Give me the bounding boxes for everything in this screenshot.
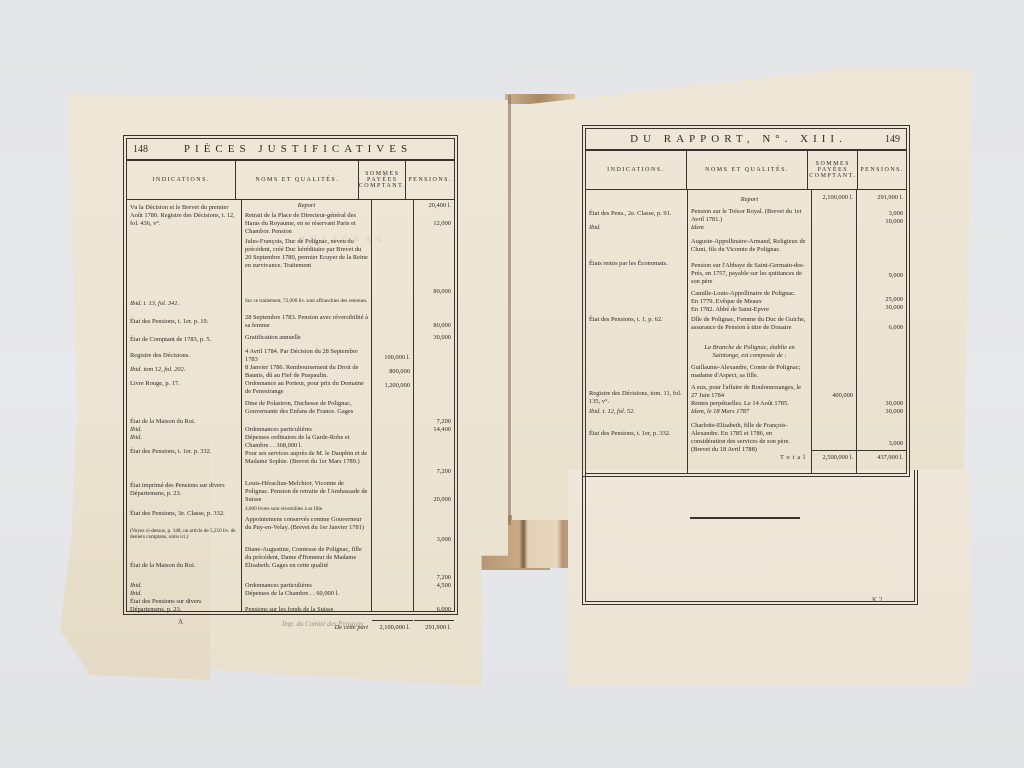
table-cell: La Branche de Polignac, établie en Saint…	[691, 344, 808, 360]
table-cell: 80,000	[417, 322, 451, 330]
table-cell: Ibid. t. 13, fol. 341.	[130, 300, 238, 308]
table-cell: 8 Janvier 1786. Remboursement du Droit d…	[245, 364, 368, 380]
table-cell: Diane-Augustine, Comtesse de Polignac, f…	[245, 546, 368, 570]
paid-column: 2,100,000 l. 400,000 2,500,000 l.	[812, 190, 857, 474]
table-cell: État des Pensions, t. 1, p. 62.	[589, 316, 684, 324]
table-cell: 2,100,000 l.	[815, 194, 853, 202]
total-label: Total	[691, 454, 808, 462]
col-header-names: Noms et qualités.	[687, 151, 808, 189]
table-cell: 28 Septembre 1783. Pension avec réversib…	[245, 314, 368, 330]
table-body: État des Pens., 2e. Classe, p. 91. Ibid.…	[586, 190, 906, 474]
table-cell: 3,000	[860, 440, 903, 448]
column-headers: Indications. Noms et qualités. Sommes pa…	[127, 161, 454, 200]
table-cell: Ibid.	[130, 590, 238, 598]
table-cell: États remis par les Économats.	[589, 260, 684, 268]
table-cell: En 1779. Evêque de Meaux	[691, 298, 808, 306]
table-cell: Ibid.	[130, 434, 238, 442]
table-cell: Dlle de Polignac, Femme du Duc de Guiche…	[691, 316, 808, 332]
table-cell: Ibid. tom 12, fol. 202.	[130, 366, 238, 374]
right-table-frame-extension	[582, 470, 918, 605]
table-cell: 25,000	[860, 296, 903, 304]
table-cell: État des Pensions sur divers Départemens…	[130, 598, 238, 614]
table-cell: Ibid.	[589, 224, 684, 232]
table-cell: Vu la Décision et le Brevet du premier A…	[130, 204, 238, 228]
col-header-indications: Indications.	[127, 161, 236, 199]
right-running-head: DU RAPPORT, N°. XIII. 149	[586, 129, 906, 151]
table-cell: 800,000	[375, 368, 410, 376]
table-cell: 6,000	[417, 606, 451, 614]
table-cell: 7,200	[417, 574, 451, 582]
table-cell: Dépenses ordinaires de la Garde-Robe et …	[245, 434, 368, 450]
table-cell: 7,200	[417, 468, 451, 476]
table-cell: Dépenses de la Chambre . . 60,000 l.	[245, 590, 368, 598]
table-cell: Pensions sur les fonds de la Suisse	[245, 606, 368, 614]
names-column: Report Pension sur le Trésor Royal. (Bre…	[688, 190, 812, 474]
table-cell: A eux, pour l'affaire de Boulonnoranges,…	[691, 384, 808, 400]
signature-mark: K 2	[872, 596, 882, 604]
total-rule	[857, 450, 906, 451]
table-cell: 10,000	[860, 218, 903, 226]
col-header-paid: Sommes payées comptant.	[359, 161, 406, 199]
pensions-column: 20,400 l. 12,000 80,000 80,000 30,000 7,…	[414, 200, 454, 612]
table-cell: Report	[245, 202, 368, 210]
table-cell: Retrait de la Place de Directeur-général…	[245, 212, 368, 236]
signature-mark: A	[178, 618, 183, 626]
table-cell: Ordonnances particulières	[245, 582, 368, 590]
running-head-title: PIÈCES JUSTIFICATIVES	[148, 143, 448, 155]
table-cell: 6,000	[860, 324, 903, 332]
table-cell: Livre Rouge, p. 17.	[130, 380, 238, 388]
table-cell: 14,400	[417, 426, 451, 434]
table-cell: 4 Avril 1784. Par Décision du 28 Septemb…	[245, 348, 368, 364]
table-cell: Pension sur le Trésor Royal. (Brevet du …	[691, 208, 808, 224]
table-cell: Report	[691, 196, 808, 204]
subtotal-paid: 2,100,000 l.	[375, 624, 410, 632]
table-cell: 4,000 livres sont réversibles à sa fille…	[245, 506, 368, 512]
page-number: 148	[133, 144, 148, 155]
table-cell: État des Pensions, t. 1er, p. 332.	[589, 430, 684, 438]
col-header-paid: Sommes payées comptant.	[808, 151, 858, 189]
table-cell: En 1782. Abbé de Saint-Epvre	[691, 306, 808, 314]
col-header-pensions: Pensions.	[858, 151, 906, 189]
gutter	[508, 95, 511, 525]
paid-column: 100,000 l. 800,000 1,200,000 2,100,000 l…	[372, 200, 414, 612]
table-cell: Charlotte-Elisabeth, fille de François-A…	[691, 422, 808, 454]
table-cell: État des Pensions, t. 1er. p. 332.	[130, 448, 238, 456]
table-cell: Idem	[691, 224, 808, 232]
table-cell: 30,000	[860, 400, 903, 408]
table-cell: Ordonnance au Porteur, pour prix du Doma…	[245, 380, 368, 396]
total-pension: 437,900 l.	[860, 454, 903, 462]
col-header-indications: Indications.	[586, 151, 687, 189]
total-paid: 2,500,000 l.	[815, 454, 853, 462]
right-table: DU RAPPORT, N°. XIII. 149 Indications. N…	[582, 125, 910, 477]
table-cell: Gratification annuelle	[245, 334, 368, 342]
table-cell: État de Comptant de 1783, p. 5.	[130, 336, 238, 344]
table-cell: 4,500	[417, 582, 451, 590]
column-headers: Indications. Noms et qualités. Sommes pa…	[586, 151, 906, 190]
table-cell: Dme de Polastron, Duchesse de Polignac, …	[245, 400, 368, 416]
subtotal-rule	[372, 620, 413, 621]
table-cell: Pension sur l'Abbaye de Saint-Germain-de…	[691, 262, 808, 286]
imprint-note: Imp. du Comité des Pensions	[282, 620, 363, 628]
table-cell: Rentes perpétuelles. Le 14 Août 1785.	[691, 400, 808, 408]
table-cell: 3,000	[417, 536, 451, 544]
table-cell: Pour ses services auprès de M. le Dauphi…	[245, 450, 368, 466]
names-column: Report Retrait de la Place de Directeur-…	[242, 200, 372, 612]
table-cell: 30,000	[860, 408, 903, 416]
table-cell: Registre des Décisions, tom. 11, fol. 13…	[589, 390, 684, 406]
table-cell: Appointemens conservés comme Gouverneur …	[245, 516, 368, 532]
table-cell: 291,900 l.	[860, 194, 903, 202]
pensions-column: 291,900 l. 3,000 10,000 9,000 25,000 30,…	[857, 190, 906, 474]
table-cell: Ibid.	[130, 426, 238, 434]
indications-column: Vu la Décision et le Brevet du premier A…	[127, 200, 242, 612]
table-cell: Sur ce traitement, 72,000 liv. sont affr…	[245, 298, 368, 304]
left-table: 148 PIÈCES JUSTIFICATIVES Indications. N…	[123, 135, 458, 615]
table-cell: Jules-François, Duc de Polignac, neveu d…	[245, 238, 368, 270]
end-rule	[690, 517, 800, 519]
col-header-names: Noms et qualités.	[236, 161, 359, 199]
table-cell: Guillaume-Alexandre, Comte de Polignac; …	[691, 364, 808, 380]
table-cell: Ibid.	[130, 582, 238, 590]
table-cell: Idem, le 18 Mars 1787	[691, 408, 808, 416]
table-cell: Camille-Louis-Appollinaire de Polignac.	[691, 290, 808, 298]
table-cell: 12,000	[417, 220, 451, 228]
table-cell: 9,000	[860, 272, 903, 280]
total-rule	[812, 450, 856, 451]
table-cell: État des Pens., 2e. Classe, p. 91.	[589, 210, 684, 218]
table-cell: 30,000	[860, 304, 903, 312]
table-cell: 100,000 l.	[375, 354, 410, 362]
left-running-head: 148 PIÈCES JUSTIFICATIVES	[127, 139, 454, 161]
table-cell: 400,000	[815, 392, 853, 400]
table-cell: État des Pensions, t. 1er. p. 19.	[130, 318, 238, 326]
table-cell: Registre des Décisions.	[130, 352, 238, 360]
table-cell: Louis-Héraclius-Melchior, Vicomte de Pol…	[245, 480, 368, 504]
subtotal-pension: 291,900 l.	[417, 624, 451, 632]
indications-column: État des Pens., 2e. Classe, p. 91. Ibid.…	[586, 190, 688, 474]
table-cell: État imprimé des Pensions sur divers Dép…	[130, 482, 238, 498]
table-cell: Ibid. t. 12, fol. 52.	[589, 408, 684, 416]
table-cell: Auguste-Appollinaire-Armand, Religieux d…	[691, 238, 808, 254]
col-header-pensions: Pensions.	[406, 161, 454, 199]
table-cell: (Voyez ci-dessus, p. 148, un article de …	[130, 528, 238, 541]
table-cell: 7,200	[417, 418, 451, 426]
table-cell: 3,000	[860, 210, 903, 218]
table-cell: 1,200,000	[375, 382, 410, 390]
table-cell: État de la Maison du Roi.	[130, 562, 238, 570]
table-cell: 30,000	[417, 334, 451, 342]
table-cell: 20,000	[417, 496, 451, 504]
table-cell: État des Pensions, 3e. Classe, p. 332.	[130, 510, 238, 518]
table-cell: 80,000	[417, 288, 451, 296]
subtotal-rule	[414, 620, 454, 621]
table-cell: État de la Maison du Roi.	[130, 418, 238, 426]
running-head-title: DU RAPPORT, N°. XIII.	[592, 133, 885, 145]
table-body: Vu la Décision et le Brevet du premier A…	[127, 200, 454, 612]
table-cell: Ordonnances particulières	[245, 426, 368, 434]
page-number: 149	[885, 134, 900, 145]
table-cell: 20,400 l.	[417, 202, 451, 210]
